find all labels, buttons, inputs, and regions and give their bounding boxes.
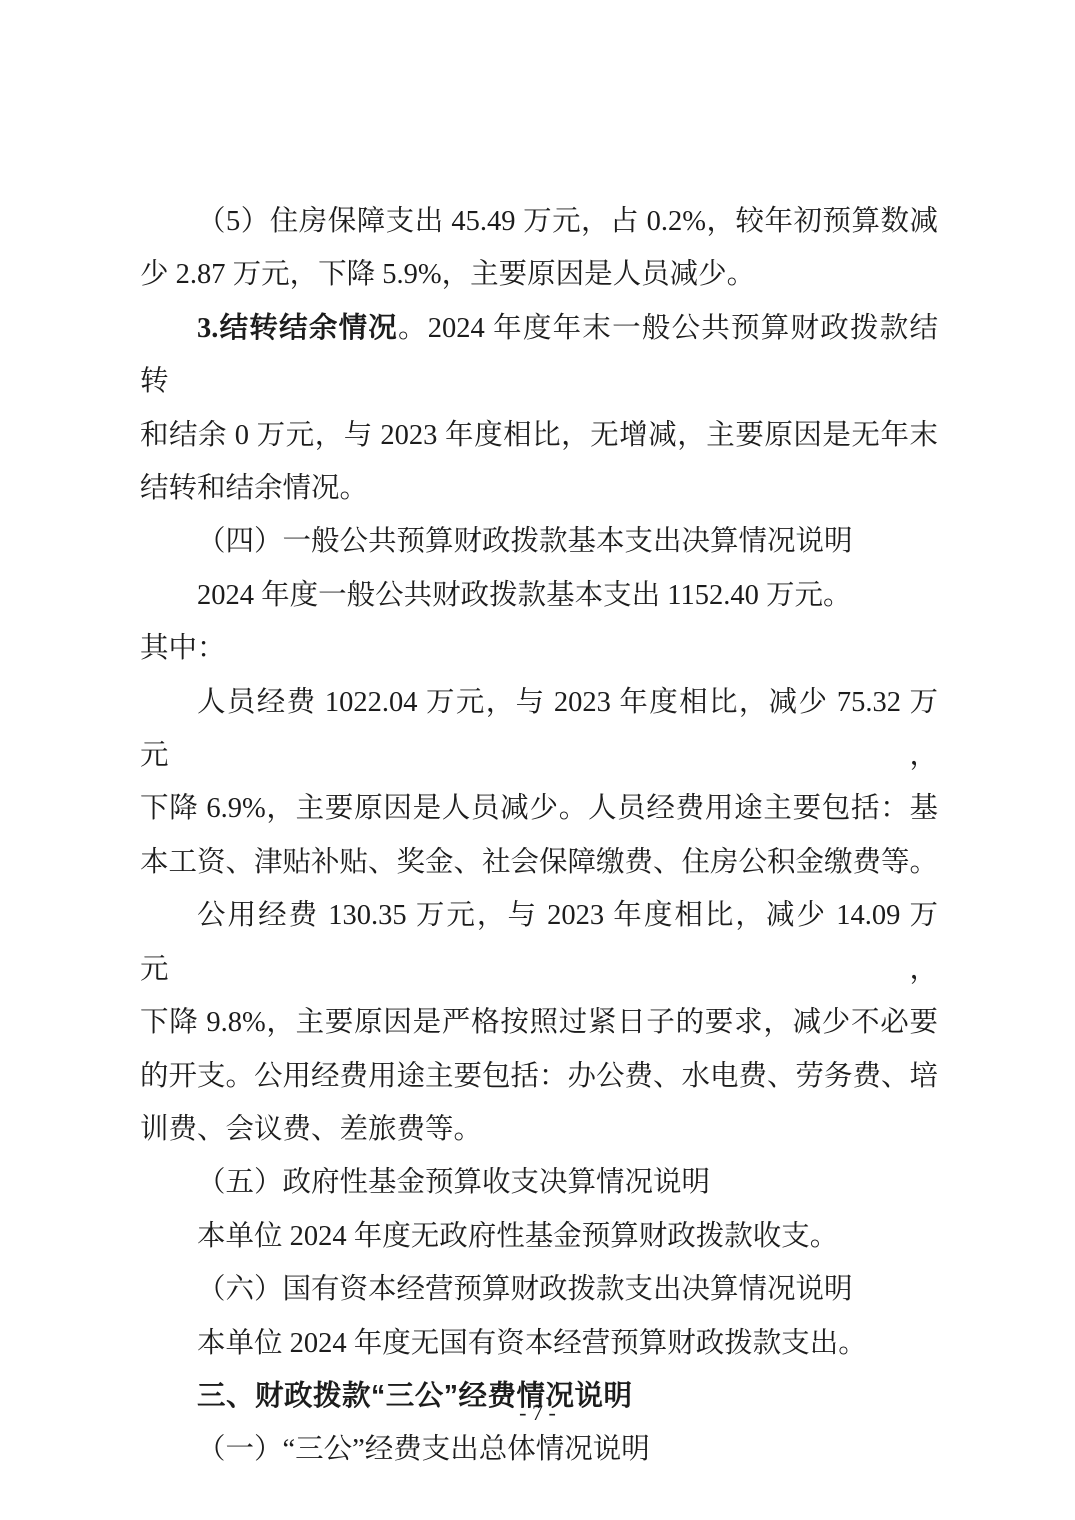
para-line-govfund: 本单位 2024 年度无政府性基金预算财政拨款收支。 [140, 1210, 938, 1263]
heading-section-6: （六）国有资本经营预算财政拨款支出决算情况说明 [140, 1263, 938, 1316]
para-line-housing-1: （5）住房保障支出 45.49 万元，占 0.2%，较年初预算数减 [140, 195, 938, 248]
para-line-carryover-3: 结转和结余情况。 [140, 462, 938, 515]
document-page: （5）住房保障支出 45.49 万元，占 0.2%，较年初预算数减 少 2.87… [0, 0, 1075, 1520]
heading-section-5: （五）政府性基金预算收支决算情况说明 [140, 1156, 938, 1209]
para-line-carryover-2: 和结余 0 万元，与 2023 年度相比，无增减，主要原因是无年末 [140, 409, 938, 462]
para-line-statecapital: 本单位 2024 年度无国有资本经营预算财政拨款支出。 [140, 1317, 938, 1370]
heading-section-4: （四）一般公共预算财政拨款基本支出决算情况说明 [140, 515, 938, 568]
para-line-carryover-1: 3.结转结余情况。2024 年度年末一般公共预算财政拨款结转 [140, 302, 938, 409]
para-line-personnel-1: 人员经费 1022.04 万元，与 2023 年度相比，减少 75.32 万元， [140, 676, 938, 783]
para-line-public-3: 的开支。公用经费用途主要包括：办公费、水电费、劳务费、培 [140, 1050, 938, 1103]
heading-subsection-1: （一）“三公”经费支出总体情况说明 [140, 1423, 938, 1476]
para-line-public-2: 下降 9.8%，主要原因是严格按照过紧日子的要求，减少不必要 [140, 996, 938, 1049]
para-line-personnel-2: 下降 6.9%，主要原因是人员减少。人员经费用途主要包括：基 [140, 782, 938, 835]
carryover-bold-label: 3.结转结余情况 [197, 313, 398, 344]
para-line-including: 其中： [140, 622, 938, 675]
para-line-basic-expense: 2024 年度一般公共财政拨款基本支出 1152.40 万元。 [140, 569, 938, 622]
para-line-public-1: 公用经费 130.35 万元，与 2023 年度相比，减少 14.09 万元， [140, 889, 938, 996]
para-line-housing-2: 少 2.87 万元，下降 5.9%，主要原因是人员减少。 [140, 248, 938, 301]
text-block: （5）住房保障支出 45.49 万元，占 0.2%，较年初预算数减 少 2.87… [140, 195, 938, 1477]
page-number: - 7 - [0, 1398, 1075, 1428]
para-line-personnel-3: 本工资、津贴补贴、奖金、社会保障缴费、住房公积金缴费等。 [140, 836, 938, 889]
para-line-public-4: 训费、会议费、差旅费等。 [140, 1103, 938, 1156]
